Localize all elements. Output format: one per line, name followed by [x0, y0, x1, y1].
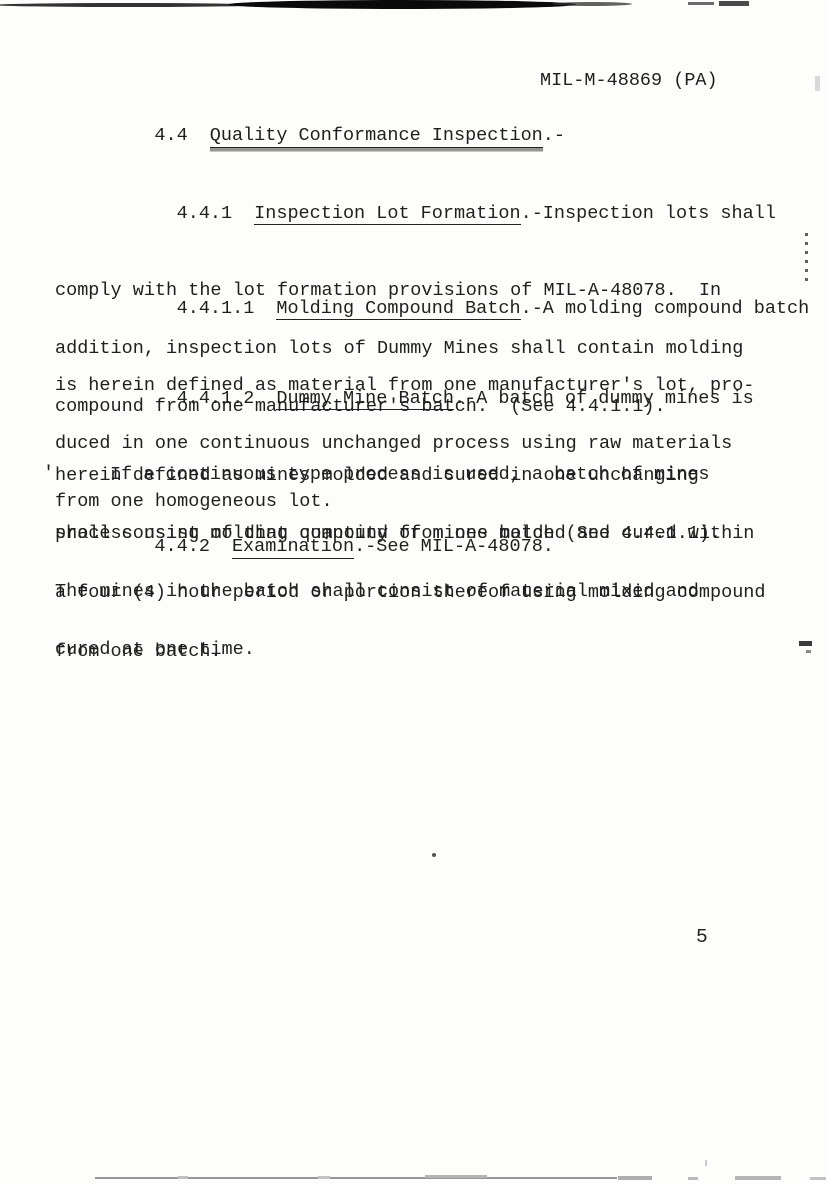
heading-4-4-1: 4.4.1Inspection Lot Formation.-Inspectio…: [55, 185, 776, 243]
scan-artifact-bottom-smudge-3: [425, 1175, 487, 1178]
section-number: 4.4.1.1: [177, 298, 255, 319]
section-title: Quality Conformance Inspection: [210, 125, 543, 148]
section-title: Inspection Lot Formation: [254, 203, 520, 226]
page-number: 5: [696, 926, 708, 948]
scan-artifact-bottom-smudge-2: [318, 1176, 330, 1179]
section-tail: .-See MIL-A-48078.: [354, 536, 554, 557]
spec-number-header: MIL-M-48869 (PA): [540, 70, 718, 91]
scan-artifact-bottom-smudge-6: [735, 1176, 781, 1180]
scan-artifact-top-streak-right: [552, 2, 632, 6]
text-line: from one batch.: [55, 642, 766, 662]
scan-artifact-top-dash-2: [719, 1, 749, 6]
section-tail: .-A batch of dummy mines is: [454, 388, 754, 409]
heading-4-4-1-2: 4.4.1.2Dummy Mine Batch.-A batch of dumm…: [55, 370, 754, 428]
heading-4-4-1-1: 4.4.1.1Molding Compound Batch.-A molding…: [55, 280, 809, 338]
section-title: Examination: [232, 536, 354, 559]
section-number: 4.4.2: [154, 536, 210, 557]
scan-artifact-bottom-smudge-4: [618, 1176, 652, 1180]
document-page: MIL-M-48869 (PA) 4.4Quality Conformance …: [0, 0, 826, 1184]
text-line: a four (4) hour period or portion thereo…: [55, 583, 766, 603]
scan-artifact-top-streak-center: [228, 0, 576, 9]
scan-artifact-bottom-smudge-7: [810, 1177, 826, 1180]
scan-artifact-bottom-tick: [705, 1160, 707, 1166]
section-number: 4.4.1.2: [177, 388, 255, 409]
scan-artifact-right-faint: [815, 76, 820, 91]
scan-artifact-center-dot: [432, 853, 436, 857]
section-tail: .-: [543, 125, 565, 146]
section-number: 4.4: [154, 125, 187, 146]
scan-artifact-bottom-smudge-1: [178, 1176, 188, 1179]
heading-4-4-2: 4.4.2Examination.-See MIL-A-48078.: [55, 518, 554, 576]
section-number: 4.4.1: [177, 203, 233, 224]
scan-artifact-top-streak-left: [0, 3, 262, 7]
section-tail: .-Inspection lots shall: [521, 203, 776, 224]
section-title: Molding Compound Batch: [276, 298, 520, 321]
section-tail: .-A molding compound batch: [521, 298, 810, 319]
scan-artifact-top-dash-1: [688, 2, 714, 5]
scan-artifact-bottom-smudge-5: [688, 1177, 698, 1180]
section-title: Dummy Mine Batch: [276, 388, 454, 411]
stray-mark: ': [43, 464, 54, 483]
scan-artifact-bottom-line: [95, 1177, 617, 1179]
scan-artifact-right-mark: [799, 641, 812, 646]
text-line: If a continuous type process is used, a …: [55, 465, 766, 485]
scan-artifact-right-mark-dot: [806, 650, 811, 653]
